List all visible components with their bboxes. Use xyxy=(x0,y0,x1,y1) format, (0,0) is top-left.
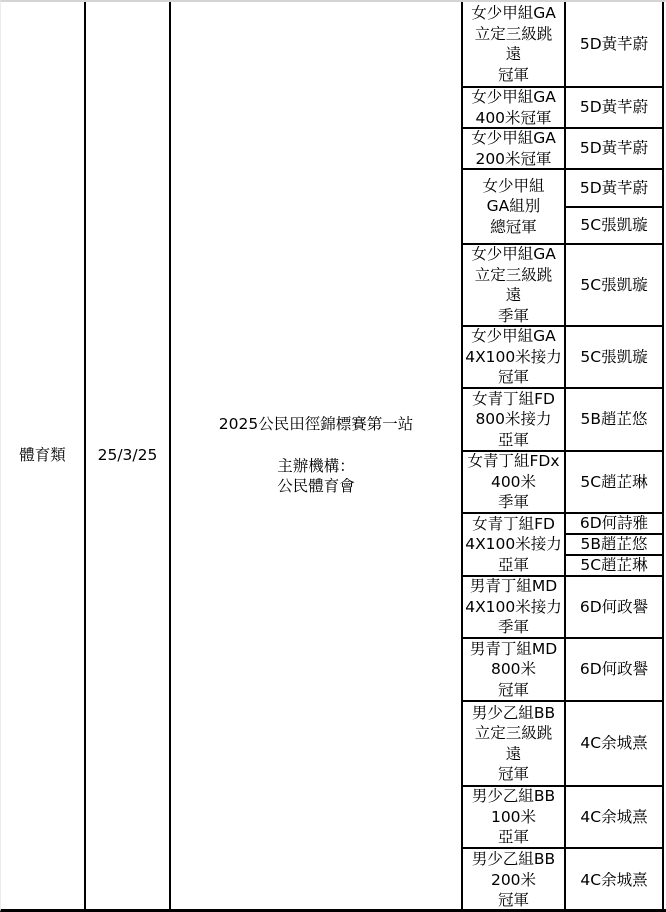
event-cell: 男少乙組BB 100米 亞軍 xyxy=(463,787,566,847)
table-row: 女少甲組GA 4X100米接力 冠軍 5C張凱璇 xyxy=(463,327,662,389)
event-cell: 女少甲組GA 200米冠軍 xyxy=(463,129,566,168)
event-cell: 男少乙組BB 立定三級跳 遠 冠軍 xyxy=(463,702,566,785)
table-row: 男少乙組BB 立定三級跳 遠 冠軍 4C余城熹 xyxy=(463,702,662,787)
organizer-label: 主辦機構： xyxy=(277,456,355,477)
awardee-cell: 6D何政譽 xyxy=(566,577,662,637)
event-cell: 女少甲組GA 立定三級跳 遠 冠軍 xyxy=(463,2,566,86)
table-row: 女少甲組GA 立定三級跳 遠 季軍 5C張凱璇 xyxy=(463,245,662,327)
date-cell: 25/3/25 xyxy=(86,2,171,909)
date-label: 25/3/25 xyxy=(98,445,158,466)
results-column: 女少甲組GA 立定三級跳 遠 冠軍 5D黃芊蔚 女少甲組GA 400米冠軍 5D… xyxy=(463,2,664,909)
table-row: 女少甲組GA 400米冠軍 5D黃芊蔚 xyxy=(463,88,662,129)
event-cell: 女青丁組FD 4X100米接力 亞軍 xyxy=(463,514,566,575)
awardee-cell: 5B趙芷悠 xyxy=(566,389,662,450)
awardee-cell: 6D何政譽 xyxy=(566,639,662,700)
event-cell: 男青丁組MD 800米 冠軍 xyxy=(463,639,566,700)
category-label: 體育類 xyxy=(19,445,66,466)
awardee-cell: 5B趙芷悠 xyxy=(566,535,662,556)
awardee-cell: 4C余城熹 xyxy=(566,702,662,785)
awardee-cell: 5D黃芊蔚 xyxy=(566,88,662,127)
event-cell: 男青丁組MD 4X100米接力 季軍 xyxy=(463,577,566,637)
awardee-cell: 5D黃芊蔚 xyxy=(566,2,662,86)
awards-table: 體育類 25/3/25 2025公民田徑錦標賽第一站 主辦機構： 公民體育會 女… xyxy=(0,0,666,912)
table-row: 女少甲組 GA組別 總冠軍 5D黃芊蔚 5C張凱璇 xyxy=(463,170,662,245)
awardee-cell: 5C趙芷琳 xyxy=(566,452,662,512)
awardee-cell: 5C趙芷琳 xyxy=(566,556,662,575)
table-row: 男青丁組MD 800米 冠軍 6D何政譽 xyxy=(463,639,662,702)
awardee-cell: 6D何詩雅 xyxy=(566,514,662,535)
awardee-cell: 5D黃芊蔚 xyxy=(566,170,662,208)
competition-title: 2025公民田徑錦標賽第一站 xyxy=(219,414,413,435)
category-cell: 體育類 xyxy=(1,2,86,909)
awardee-cell: 4C余城熹 xyxy=(566,787,662,847)
organizer-name: 公民體育會 xyxy=(277,476,355,497)
competition-info-cell: 2025公民田徑錦標賽第一站 主辦機構： 公民體育會 xyxy=(171,2,463,909)
event-cell: 女青丁組FDx 400米 季軍 xyxy=(463,452,566,512)
event-cell: 女少甲組GA 立定三級跳 遠 季軍 xyxy=(463,245,566,325)
table-row: 女青丁組FD 800米接力 亞軍 5B趙芷悠 xyxy=(463,389,662,452)
event-cell: 女少甲組GA 4X100米接力 冠軍 xyxy=(463,327,566,387)
table-row: 男少乙組BB 100米 亞軍 4C余城熹 xyxy=(463,787,662,849)
table-row: 男少乙組BB 200米 冠軍 4C余城熹 xyxy=(463,849,662,911)
awardee-cell: 5C張凱璇 xyxy=(566,245,662,325)
table-row: 女少甲組GA 200米冠軍 5D黃芊蔚 xyxy=(463,129,662,170)
awardee-cell: 4C余城熹 xyxy=(566,849,662,911)
awardee-cell: 5C張凱璇 xyxy=(566,327,662,387)
event-cell: 女少甲組GA 400米冠軍 xyxy=(463,88,566,127)
table-row: 女少甲組GA 立定三級跳 遠 冠軍 5D黃芊蔚 xyxy=(463,2,662,88)
awardee-cell: 5C張凱璇 xyxy=(566,208,662,244)
table-row: 女青丁組FD 4X100米接力 亞軍 6D何詩雅 5B趙芷悠 5C趙芷琳 xyxy=(463,514,662,577)
awardee-cell: 5D黃芊蔚 xyxy=(566,129,662,168)
event-cell: 男少乙組BB 200米 冠軍 xyxy=(463,849,566,911)
event-cell: 女青丁組FD 800米接力 亞軍 xyxy=(463,389,566,450)
table-row: 男青丁組MD 4X100米接力 季軍 6D何政譽 xyxy=(463,577,662,639)
event-cell: 女少甲組 GA組別 總冠軍 xyxy=(463,170,566,243)
table-row: 女青丁組FDx 400米 季軍 5C趙芷琳 xyxy=(463,452,662,514)
